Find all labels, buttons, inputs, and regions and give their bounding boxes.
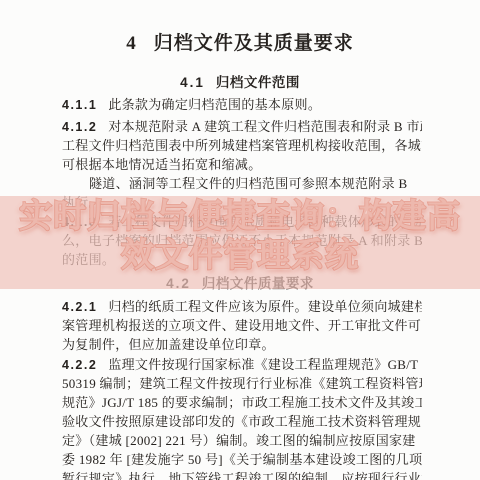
paragraph-4-2-2: 4.2.2监理文件按现行国家标准《建设工程监理规范》GB/T 50319 编制；… (62, 355, 422, 480)
paragraph-line: 4.2.1归档的纸质工程文件应该为原件。建设单位须向城建档 (62, 297, 422, 316)
paragraph-line: 4.2.2监理文件按现行国家标准《建设工程监理规范》GB/T (62, 355, 422, 374)
clause-text: 归档的纸质工程文件应该为原件。建设单位须向城建档 (108, 299, 422, 314)
paragraph-line: 可根据本地情况适当拓宽和缩减。 (62, 155, 422, 174)
paragraph-line: 验收文件按照原建设部印发的《市政工程施工技术资料管理规 (62, 412, 422, 431)
paragraph-line: 隧道、涵洞等工程文件的归档范围可参照本规范附录 B (62, 174, 422, 193)
document-page: 4归档文件及其质量要求 4.1归档文件范围 4.1.1此条款为确定归档范围的基本… (0, 0, 480, 480)
clause-text: 对本规范附录 A 建筑工程文件归档范围表和附录 B 市政 (108, 119, 422, 134)
clause-number: 4.2.2 (62, 358, 97, 372)
clause-number: 4.2.1 (62, 300, 97, 314)
paragraph-line: 为复制件，但应加盖建设单位印章。 (62, 335, 422, 354)
section-heading-4-1: 4.1归档文件范围 (0, 71, 480, 91)
watermark-title-line-2: 效文件管理系统 (0, 235, 480, 274)
section-4-1-title: 归档文件范围 (216, 75, 300, 90)
clause-text: 监理文件按现行国家标准《建设工程监理规范》GB/T (108, 357, 418, 372)
paragraph-line: 4.1.2对本规范附录 A 建筑工程文件归档范围表和附录 B 市政 (62, 117, 422, 136)
section-4-1-number: 4.1 (180, 75, 205, 90)
clause-number: 4.1.2 (62, 120, 97, 134)
paragraph-line: 规范》JGJ/T 185 的要求编制；市政工程施工技术文件及其竣工 (62, 393, 422, 412)
chapter-heading: 4归档文件及其质量要求 (0, 28, 480, 55)
chapter-title: 归档文件及其质量要求 (154, 33, 354, 54)
paragraph-line: 暂行规定》执行。地下管线工程竣工图的编制，应按现行行业标 (62, 469, 422, 480)
paragraph-line: 4.1.1此条款为确定归档范围的基本原则。 (62, 95, 422, 114)
paragraph-4-1-1: 4.1.1此条款为确定归档范围的基本原则。 (62, 95, 422, 114)
paragraph-line: 50319 编制；建筑工程文件按现行行业标准《建筑工程资料管理 (62, 374, 422, 393)
clause-text: 此条款为确定归档范围的基本原则。 (108, 97, 321, 112)
paragraph-line: 案管理机构报送的立项文件、建设用地文件、开工审批文件可以 (62, 316, 422, 335)
paragraph-line: 委 1982 年 [建发施字 50 号]《关于编制基本建设竣工图的几项 (62, 450, 422, 469)
paragraph-4-2-1: 4.2.1归档的纸质工程文件应该为原件。建设单位须向城建档 案管理机构报送的立项… (62, 297, 422, 354)
chapter-number: 4 (126, 33, 137, 54)
watermark-title-line-1: 实时归档与便捷查询：构建高 (0, 196, 480, 235)
paragraph-line: 工程文件归档范围表中所列城建档案管理机构接收范围，各城市 (62, 136, 422, 155)
paragraph-line: 定》（建城 [2002] 221 号）编制。竣工图的编制应按原国家建 (62, 431, 422, 450)
watermark-title: 实时归档与便捷查询：构建高 效文件管理系统 (0, 196, 480, 274)
clause-number: 4.1.1 (62, 98, 97, 112)
